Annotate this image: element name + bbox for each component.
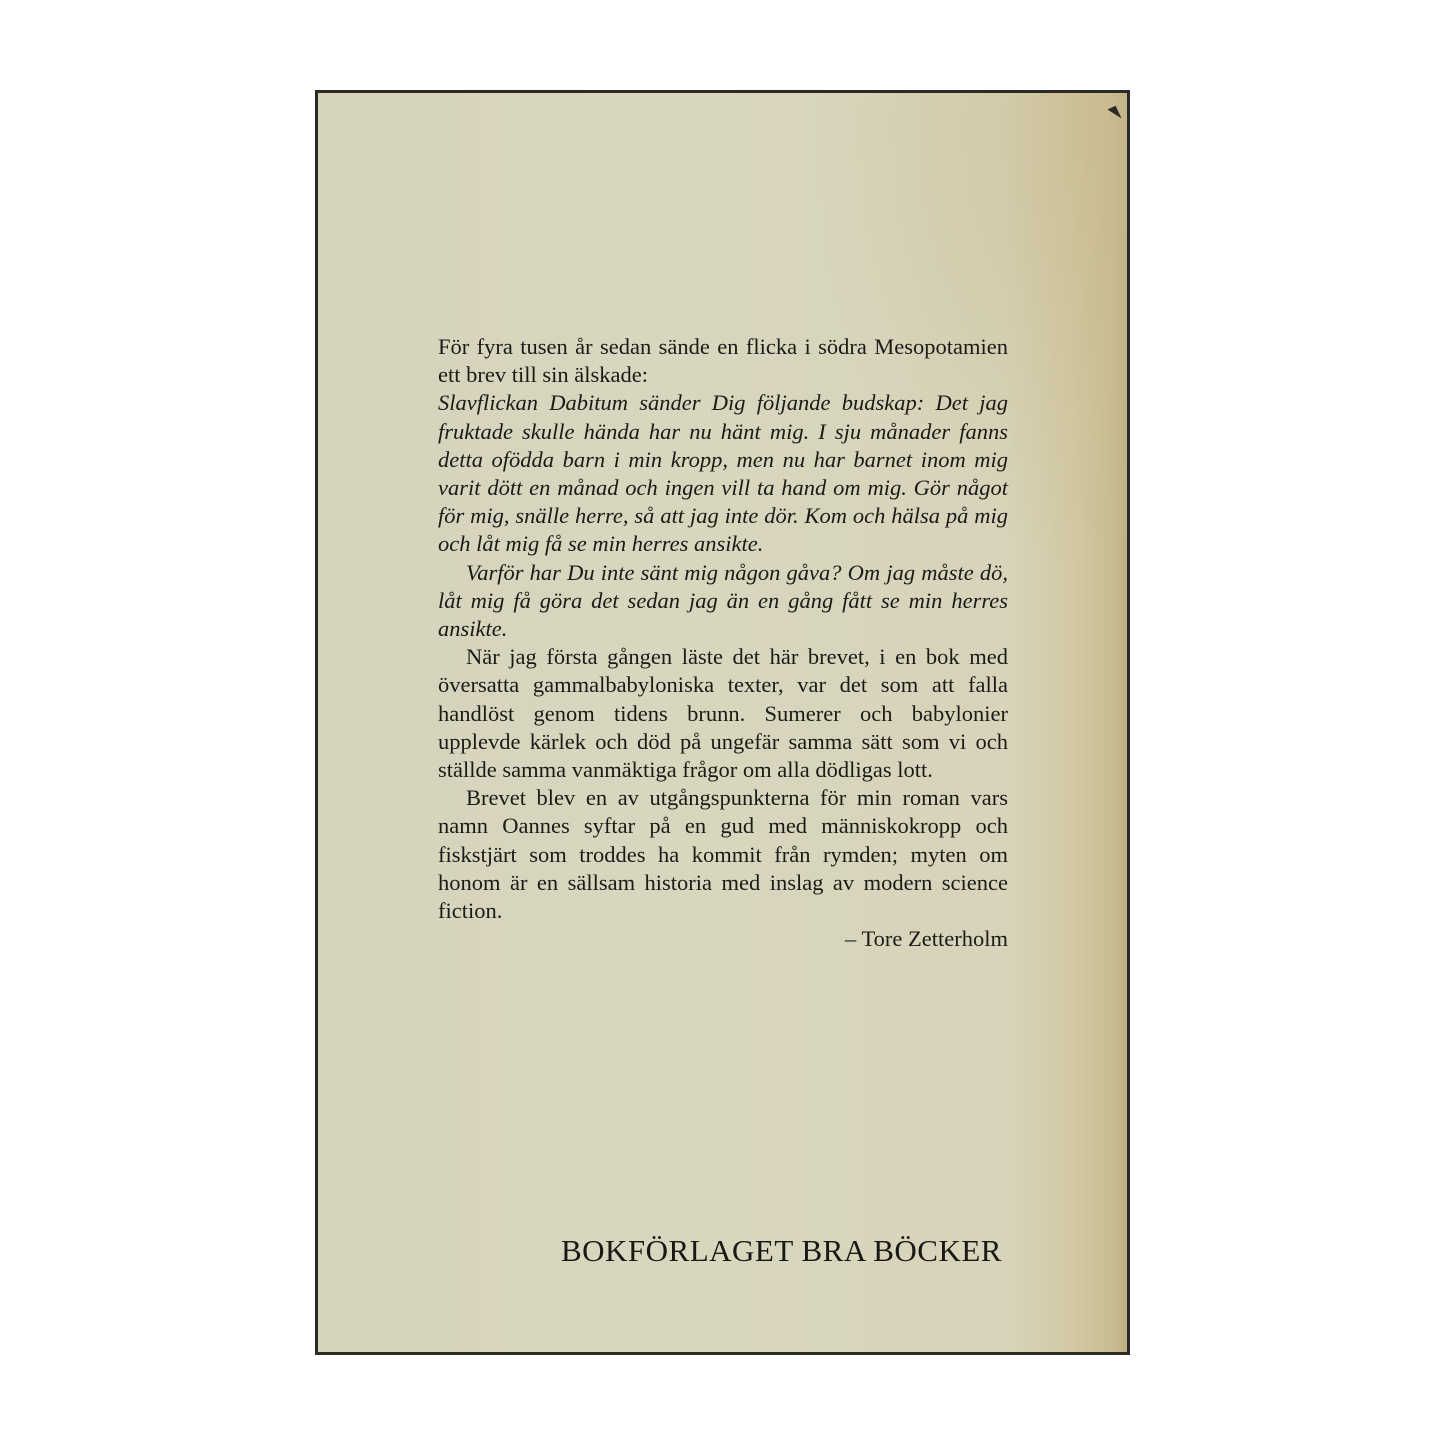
- torn-corner: [1107, 106, 1121, 122]
- author-signature: – Tore Zetterholm: [438, 925, 1008, 953]
- publisher-name: BOKFÖRLAGET BRA BÖCKER: [318, 1233, 1002, 1269]
- body-paragraph-2: Brevet blev en av utgångspunkterna för m…: [438, 784, 1008, 925]
- letter-paragraph-2: Varför har Du inte sänt mig någon gåva? …: [438, 559, 1008, 644]
- blurb-text: För fyra tusen år sedan sände en flicka …: [438, 333, 1008, 953]
- intro-paragraph: För fyra tusen år sedan sände en flicka …: [438, 333, 1008, 389]
- book-back-cover: För fyra tusen år sedan sände en flicka …: [315, 90, 1130, 1355]
- body-paragraph-1: När jag första gången läste det här brev…: [438, 643, 1008, 784]
- letter-paragraph-1: Slavflickan Dabitum sänder Dig följande …: [438, 389, 1008, 558]
